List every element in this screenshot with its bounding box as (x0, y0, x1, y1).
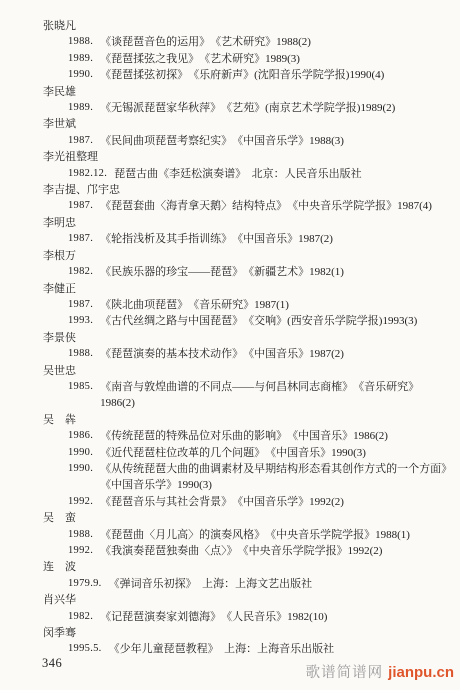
work-entry: 1979.9.《弹词音乐初探》 上海：上海文艺出版社 (43, 576, 447, 592)
author-line: 李世斌 (43, 116, 447, 132)
work-text: 琵琶古曲《李廷松演奏谱》 北京：人民音乐出版社 (114, 166, 447, 182)
work-text: 《轮指浅析及其手指训练》 《中国音乐》1987(2) (100, 231, 447, 247)
work-year: 1988. (68, 34, 93, 50)
work-entry: 1990.《近代琵琶柱位改革的几个问题》 《中国音乐》1990(3) (43, 445, 447, 461)
work-entry: 1982.《记琵琶演奏家刘德海》 《人民音乐》1982(10) (43, 609, 447, 625)
work-entry: 1982.12.琵琶古曲《李廷松演奏谱》 北京：人民音乐出版社 (43, 166, 447, 182)
work-text: 《琵琶曲〈月儿高〉的演奏风格》 《中央音乐学院学报》1988(1) (100, 527, 447, 543)
work-text-continuation: 《中国音乐学》1990(3) (100, 477, 447, 493)
work-text: 《民间曲项琵琶考察纪实》 《中国音乐学》1988(3) (100, 133, 447, 149)
author-line: 闵季骞 (43, 625, 447, 641)
book-page: 张晓凡1988.《谈琵琶音色的运用》 《艺术研究》1988(2)1989.《琵琶… (0, 0, 460, 690)
work-entry: 1990.《从传统琵琶大曲的曲调素材及早期结构形态看其创作方式的一个方面》《中国… (43, 461, 447, 494)
work-year: 1990. (68, 461, 93, 494)
watermark-domain: jianpu.cn (388, 664, 454, 681)
work-text: 《少年儿童琵琶教程》 上海：上海音乐出版社 (109, 641, 447, 657)
work-entry: 1989.《琵琶揉弦之我见》 《艺术研究》1989(3) (43, 51, 447, 67)
work-text: 《近代琵琶柱位改革的几个问题》 《中国音乐》1990(3) (100, 445, 447, 461)
watermark: 歌谱简谱网 jianpu.cn (306, 661, 454, 682)
work-year: 1987. (68, 133, 93, 149)
work-year: 1987. (68, 297, 93, 313)
author-line: 李明忠 (43, 215, 447, 231)
work-year: 1989. (68, 51, 93, 67)
watermark-site-name: 歌谱简谱网 (306, 661, 384, 682)
work-text: 《陕北曲项琵琶》 《音乐研究》1987(1) (100, 297, 447, 313)
work-entry: 1995.5.《少年儿童琵琶教程》 上海：上海音乐出版社 (43, 641, 447, 657)
work-entry: 1987.《民间曲项琵琶考察纪实》 《中国音乐学》1988(3) (43, 133, 447, 149)
author-line: 李民雄 (43, 84, 447, 100)
work-text: 《我演奏琵琶独奏曲〈点〉》 《中央音乐学院学报》1992(2) (100, 543, 447, 559)
work-text: 《从传统琵琶大曲的曲调素材及早期结构形态看其创作方式的一个方面》《中国音乐学》1… (100, 461, 447, 494)
work-year: 1986. (68, 428, 93, 444)
author-line: 李健正 (43, 281, 447, 297)
work-year: 1985. (68, 379, 93, 412)
author-line: 李光祖整理 (43, 149, 447, 165)
work-text: 《琵琶音乐与其社会背景》 《中国音乐学》1992(2) (100, 494, 447, 510)
work-text: 《琵琶演奏的基本技术动作》 《中国音乐》1987(2) (100, 346, 447, 362)
work-entry: 1986.《传统琵琶的特殊品位对乐曲的影响》 《中国音乐》1986(2) (43, 428, 447, 444)
work-year: 1990. (68, 445, 93, 461)
work-text: 《谈琵琶音色的运用》 《艺术研究》1988(2) (100, 34, 447, 50)
work-year: 1982.12. (68, 166, 107, 182)
work-text: 《无锡派琵琶家华秋萍》 《艺苑》(南京艺术学院学报)1989(2) (100, 100, 447, 116)
work-entry: 1990.《琵琶揉弦初探》 《乐府新声》(沈阳音乐学院学报)1990(4) (43, 67, 447, 83)
work-entry: 1988.《谈琵琶音色的运用》 《艺术研究》1988(2) (43, 34, 447, 50)
work-year: 1990. (68, 67, 93, 83)
work-entry: 1988.《琵琶演奏的基本技术动作》 《中国音乐》1987(2) (43, 346, 447, 362)
work-year: 1987. (68, 231, 93, 247)
work-year: 1979.9. (68, 576, 102, 592)
work-year: 1992. (68, 543, 93, 559)
work-year: 1988. (68, 346, 93, 362)
bibliography-list: 张晓凡1988.《谈琵琶音色的运用》 《艺术研究》1988(2)1989.《琵琶… (43, 18, 447, 658)
work-year: 1989. (68, 100, 93, 116)
work-entry: 1989.《无锡派琵琶家华秋萍》 《艺苑》(南京艺术学院学报)1989(2) (43, 100, 447, 116)
work-year: 1988. (68, 527, 93, 543)
work-year: 1995.5. (68, 641, 102, 657)
work-text: 《弹词音乐初探》 上海：上海文艺出版社 (109, 576, 447, 592)
work-year: 1987. (68, 198, 93, 214)
author-line: 吴 蛮 (43, 510, 447, 526)
work-year: 1992. (68, 494, 93, 510)
work-year: 1982. (68, 264, 93, 280)
work-text: 《民族乐器的珍宝——琵琶》 《新疆艺术》1982(1) (100, 264, 447, 280)
page-number: 346 (42, 656, 62, 671)
work-entry: 1987.《陕北曲项琵琶》 《音乐研究》1987(1) (43, 297, 447, 313)
author-line: 李景侠 (43, 330, 447, 346)
work-year: 1993. (68, 313, 93, 329)
author-line: 李根万 (43, 248, 447, 264)
work-text: 《古代丝绸之路与中国琵琶》 《交响》(西安音乐学院学报)1993(3) (100, 313, 447, 329)
author-line: 吴 犇 (43, 412, 447, 428)
work-entry: 1992.《我演奏琵琶独奏曲〈点〉》 《中央音乐学院学报》1992(2) (43, 543, 447, 559)
work-text: 《记琵琶演奏家刘德海》 《人民音乐》1982(10) (100, 609, 447, 625)
author-line: 吴世忠 (43, 363, 447, 379)
author-line: 李吉提、邝宇忠 (43, 182, 447, 198)
work-entry: 1993.《古代丝绸之路与中国琵琶》 《交响》(西安音乐学院学报)1993(3) (43, 313, 447, 329)
author-line: 连 波 (43, 559, 447, 575)
work-entry: 1992.《琵琶音乐与其社会背景》 《中国音乐学》1992(2) (43, 494, 447, 510)
work-text: 《琵琶揉弦之我见》 《艺术研究》1989(3) (100, 51, 447, 67)
work-text: 《琵琶套曲〈海青拿天鹅〉结构特点》 《中央音乐学院学报》1987(4) (100, 198, 447, 214)
work-entry: 1987.《琵琶套曲〈海青拿天鹅〉结构特点》 《中央音乐学院学报》1987(4) (43, 198, 447, 214)
author-line: 肖兴华 (43, 592, 447, 608)
work-text: 《南音与敦煌曲谱的不同点——与何昌林同志商榷》 《音乐研究》1986(2) (100, 379, 447, 412)
work-entry: 1987.《轮指浅析及其手指训练》 《中国音乐》1987(2) (43, 231, 447, 247)
work-entry: 1985.《南音与敦煌曲谱的不同点——与何昌林同志商榷》 《音乐研究》1986(… (43, 379, 447, 412)
author-line: 张晓凡 (43, 18, 447, 34)
work-entry: 1982.《民族乐器的珍宝——琵琶》 《新疆艺术》1982(1) (43, 264, 447, 280)
work-text: 《琵琶揉弦初探》 《乐府新声》(沈阳音乐学院学报)1990(4) (100, 67, 447, 83)
work-entry: 1988.《琵琶曲〈月儿高〉的演奏风格》 《中央音乐学院学报》1988(1) (43, 527, 447, 543)
work-text: 《传统琵琶的特殊品位对乐曲的影响》 《中国音乐》1986(2) (100, 428, 447, 444)
work-year: 1982. (68, 609, 93, 625)
